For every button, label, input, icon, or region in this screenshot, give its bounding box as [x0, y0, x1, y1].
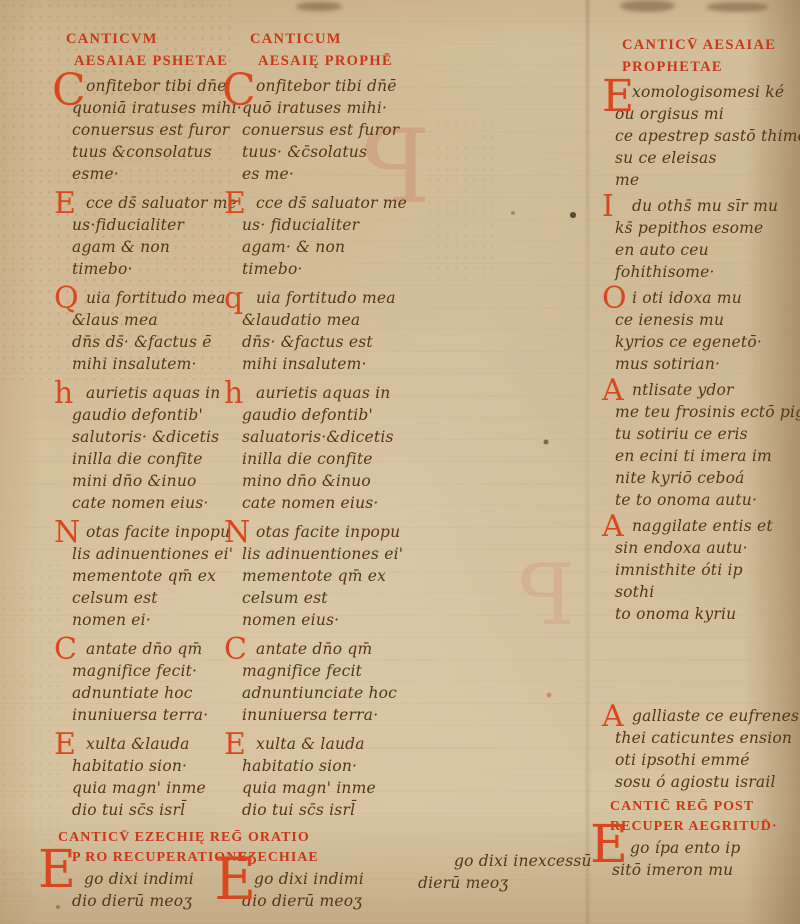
verse-initial: h — [224, 379, 243, 409]
verse-line: cce ds̄ saluator me — [256, 192, 414, 214]
verse-line: salutoris· &dicetis — [72, 426, 220, 448]
verse-line: quoniā iratuses mihi· — [72, 97, 220, 119]
verse-line: tuus· &c̄solatus — [242, 141, 414, 163]
rubric-heading-line: AESAIAE PSHETAE — [74, 50, 220, 72]
verse-line: xulta & lauda — [256, 733, 414, 755]
verse-line: mihi insalutem· — [72, 353, 220, 375]
verse-line: agam· & non — [242, 236, 414, 258]
footer-initial: E — [214, 850, 256, 908]
footer-line: dio dierū meoʒ — [72, 890, 220, 912]
verse-line: magnifice fecit — [242, 660, 414, 682]
verse-line: mihi insalutem· — [242, 353, 414, 375]
verse-line: en ecini ti imera im — [615, 445, 800, 467]
verse-line: quia magn' inme — [242, 777, 414, 799]
verse-line: conuersus est furor — [72, 119, 220, 141]
verse-line: nomen eius· — [242, 609, 414, 631]
verse-line: xomologisomesi ké — [632, 81, 800, 103]
verse-line: inuniuersa terra· — [72, 704, 220, 726]
verse-initial: A — [602, 512, 624, 542]
verse-line: tuus &consolatus — [72, 141, 220, 163]
verse-line: mus sotirian· — [615, 353, 800, 375]
verse-line: mini dn̄o &inuo — [72, 470, 220, 492]
gloss-line: go dixi inexcessū — [454, 850, 592, 872]
verse: Ecce ds̄ saluator meus·fiducialiteragam … — [58, 192, 220, 280]
verse: Notas facite inpopulis adinuentiones ei'… — [228, 521, 414, 631]
verse-initial: C — [222, 69, 256, 113]
verse-line: inilla die confite — [72, 448, 220, 470]
rubric-heading-line: CANTICV̄ AESAIAE — [622, 34, 800, 56]
footer-gloss: go dixi inexcessū dierū meoʒ — [418, 850, 592, 894]
verse-line: mementote qm̄ ex — [72, 565, 220, 587]
verse: Quia fortitudo mea&laus meadn̄s ds̄· &fa… — [58, 287, 220, 375]
verse: Confitebor tibi dn̄ēquō iratuses mihi·co… — [228, 75, 414, 185]
verse: Notas facite inpopulis adinuentiones ei'… — [58, 521, 220, 631]
verse: quia fortitudo mea&laudatio meadn̄s· &fa… — [228, 287, 414, 375]
verse-line: en auto ceu — [615, 239, 800, 261]
verse-line: ce ienesis mu — [615, 309, 800, 331]
verse-line: habitatio sion· — [242, 755, 414, 777]
verse-line: gaudio defontib' — [242, 404, 414, 426]
verse-line: adnuntiate hoc — [72, 682, 220, 704]
verse: Exulta & laudahabitatio sion·quia magn' … — [228, 733, 414, 821]
parchment-crease — [586, 0, 589, 924]
verse-initial: E — [54, 189, 76, 219]
verse-line: nomen ei· — [72, 609, 220, 631]
verse-line: antate dn̄o qm̄ — [86, 638, 220, 660]
verse-line: otas facite inpopu — [86, 521, 220, 543]
verse-line: onfitebor tibi dn̄e — [86, 75, 220, 97]
verse-initial: A — [602, 376, 624, 406]
verse-line: us· fiducialiter — [242, 214, 414, 236]
verse-initial: E — [54, 730, 76, 760]
verse-initial: E — [224, 730, 246, 760]
column-latin-1: CANTICVMAESAIAE PSHETAEConfitebor tibi d… — [58, 28, 220, 912]
verse-initial: E — [224, 189, 246, 219]
verse-line: ntlisate ydor — [632, 379, 800, 401]
verse-line: cate nomen eius· — [72, 492, 220, 514]
verse-initial: C — [54, 635, 77, 665]
verse: Anaggilate entis etsin endoxa autu·imnis… — [608, 515, 800, 625]
rubric-footer-line: CANTIC̄ REḠ POST — [610, 797, 800, 817]
verse-line: &laudatio mea — [242, 309, 414, 331]
verse-line: us·fiducialiter — [72, 214, 220, 236]
verse-line: imnisthite óti ip — [615, 559, 800, 581]
verse-line: &laus mea — [72, 309, 220, 331]
verse-line: xulta &lauda — [86, 733, 220, 755]
verse-line: quō iratuses mihi· — [242, 97, 414, 119]
column-latin-2: CANTICUMAESAIĘ PROPHĒConfitebor tibi dn̄… — [228, 28, 414, 912]
verse-line: lis adinuentiones ei' — [242, 543, 414, 565]
verse-line: ce apestrep sastō thimó — [615, 125, 800, 147]
rubric-footer-line: RECUPER AEGRITUD̄· — [610, 817, 800, 837]
verse-initial: Q — [54, 284, 79, 314]
verse-line: nite kyriō ceboá — [615, 467, 800, 489]
verse-line: quia magn' inme — [72, 777, 220, 799]
verse: Cantate dn̄o qm̄magnifice fecit·adnuntia… — [58, 638, 220, 726]
column-footer: CANTICV̄ EZECHIĘ REḠP RO RECUPERATIONE·E… — [58, 828, 220, 912]
verse-line: adnuntiunciate hoc — [242, 682, 414, 704]
verse-line: saluatoris·&dicetis — [242, 426, 414, 448]
verse-line: dn̄s ds̄· &factus ē — [72, 331, 220, 353]
verse: Idu oths̄ mu sīr muks̄ pepithos esomeen … — [608, 195, 800, 283]
verse-initial: q — [224, 284, 243, 314]
rubric-footer-line: CANTICV̄ EZECHIĘ REḠ — [58, 828, 220, 848]
verse-line: aurietis aquas in — [256, 382, 414, 404]
verse-line: agam & non — [72, 236, 220, 258]
verse-initial: N — [224, 518, 250, 548]
verse-line: te to onoma autu· — [615, 489, 800, 511]
verse-line: lis adinuentiones ei' — [72, 543, 220, 565]
verse-line: dio tui sc̄s isrl̄ — [72, 799, 220, 821]
verse-line: timebo· — [242, 258, 414, 280]
verse-line: fohithisome· — [615, 261, 800, 283]
verse-initial: C — [52, 69, 86, 113]
verse: Agalliaste ce eufrenesthei caticuntes en… — [608, 705, 800, 793]
verse-line: gaudio defontib' — [72, 404, 220, 426]
top-edge-smudge — [620, 0, 675, 12]
verse-initial: h — [54, 379, 73, 409]
verse-line: timebo· — [72, 258, 220, 280]
verse-line: mino dn̄o &inuo — [242, 470, 414, 492]
verse-line: dio tui sc̄s isrl̄ — [242, 799, 414, 821]
verse-line: thei caticuntes ension — [615, 727, 800, 749]
verse-line: du oths̄ mu sīr mu — [632, 195, 800, 217]
verse-initial: E — [602, 75, 634, 119]
verse-line: onfitebor tibi dn̄ē — [256, 75, 414, 97]
verse-line: antate dn̄o qm̄ — [256, 638, 414, 660]
verse-line: otas facite inpopu — [256, 521, 414, 543]
verse-line: uia fortitudo mea — [256, 287, 414, 309]
verse-line: aurietis aquas in — [86, 382, 220, 404]
footer-line: go dixi indimi — [254, 868, 414, 890]
rubric-footer-line: EƷECHIAE — [238, 848, 414, 868]
rubric-heading-line: PROPHETAE — [622, 56, 800, 78]
verse-line: sosu ó agiostu israil — [615, 771, 800, 793]
verse-line: to onoma kyriu — [615, 603, 800, 625]
verse: Exulta &laudahabitatio sion·quia magn' i… — [58, 733, 220, 821]
verse-initial: O — [602, 284, 627, 314]
ink-specks — [0, 0, 2, 2]
parchment-speckles — [425, 120, 495, 280]
verse-line: celsum est — [72, 587, 220, 609]
verse-line: inilla die confite — [242, 448, 414, 470]
verse: Cantate dn̄o qm̄magnifice fecitadnuntiun… — [228, 638, 414, 726]
column-heading: CANTICV̄ AESAIAEPROPHETAE — [608, 34, 800, 78]
verse-line: cate nomen eius· — [242, 492, 414, 514]
verse-line: tu sotiriu ce eris — [615, 423, 800, 445]
verse-line: es me· — [242, 163, 414, 185]
rubric-heading-line: CANTICVM — [66, 28, 220, 50]
verse-line: sothi — [615, 581, 800, 603]
verse-line: esme· — [72, 163, 220, 185]
column-footer: CANTIC̄ REḠ POSTRECUPER AEGRITUD̄·Ego íp… — [608, 797, 800, 881]
verse-line: celsum est — [242, 587, 414, 609]
verse: haurietis aquas ingaudio defontib'saluat… — [228, 382, 414, 514]
footer-line: go dixi indimi — [84, 868, 220, 890]
footer-initial: E — [590, 819, 628, 871]
verse-line: i oti idoxa mu — [632, 287, 800, 309]
footer-initial: E — [38, 844, 76, 896]
verse-initial: C — [224, 635, 247, 665]
verse: Confitebor tibi dn̄equoniā iratuses mihi… — [58, 75, 220, 185]
footer-line: sitō imeron mu — [612, 859, 800, 881]
verse-line: cce ds̄ saluator me — [86, 192, 220, 214]
verse: haurietis aquas ingaudio defontib'saluto… — [58, 382, 220, 514]
verse-line: inuniuersa terra· — [242, 704, 414, 726]
footer-line: go ípa ento ip — [630, 837, 800, 859]
verse: Oi oti idoxa muce ienesis mukyrios ce eg… — [608, 287, 800, 375]
verse-line: magnifice fecit· — [72, 660, 220, 682]
verse-line: habitatio sion· — [72, 755, 220, 777]
rubric-footer-line: P RO RECUPERATIONE· — [72, 848, 220, 868]
top-edge-smudge — [296, 2, 342, 11]
verse-initial: A — [602, 702, 624, 732]
rubric-heading-line: CANTICUM — [250, 28, 414, 50]
verse-line: galliaste ce eufrenes — [632, 705, 800, 727]
verse-line: uia fortitudo mea — [86, 287, 220, 309]
verse-line: naggilate entis et — [632, 515, 800, 537]
verse: Ecce ds̄ saluator meus· fiducialiteragam… — [228, 192, 414, 280]
column-greek-transliteration: CANTICV̄ AESAIAEPROPHETAEExomologisomesi… — [608, 34, 800, 881]
verse-line: dn̄s· &factus est — [242, 331, 414, 353]
verse-line: ou orgisus mi — [615, 103, 800, 125]
verse-line: me teu frosinis ectō pigō — [615, 401, 800, 423]
verse-line: kyrios ce egenetō· — [615, 331, 800, 353]
rubric-heading-line: AESAIĘ PROPHĒ — [258, 50, 414, 72]
verse-initial: I — [602, 192, 614, 222]
verse: Antlisate ydorme teu frosinis ectō pigōt… — [608, 379, 800, 511]
top-edge-smudge — [706, 2, 768, 12]
column-heading: CANTICUMAESAIĘ PROPHĒ — [228, 28, 414, 72]
column-footer: ORATIOEƷECHIAEEgo dixi indimidio dierū m… — [228, 828, 414, 912]
verse-line: conuersus est furor — [242, 119, 414, 141]
rubric-footer-line: ORATIO — [248, 828, 414, 848]
verse: Exomologisomesi kéou orgisus mice apestr… — [608, 81, 800, 191]
verse-line: su ce eleisas — [615, 147, 800, 169]
verse-line: mementote qm̄ ex — [242, 565, 414, 587]
gloss-line: dierū meoʒ — [418, 872, 592, 894]
manuscript-page: P P CANTICVMAESAIAE PSHETAEConfitebor ti… — [0, 0, 800, 924]
verse-line: oti ipsothi emmé — [615, 749, 800, 771]
verse-line: me — [615, 169, 800, 191]
verse-line: sin endoxa autu· — [615, 537, 800, 559]
verse-initial: N — [54, 518, 80, 548]
verse-line: ks̄ pepithos esome — [615, 217, 800, 239]
footer-line: dio dierū meoʒ — [242, 890, 414, 912]
